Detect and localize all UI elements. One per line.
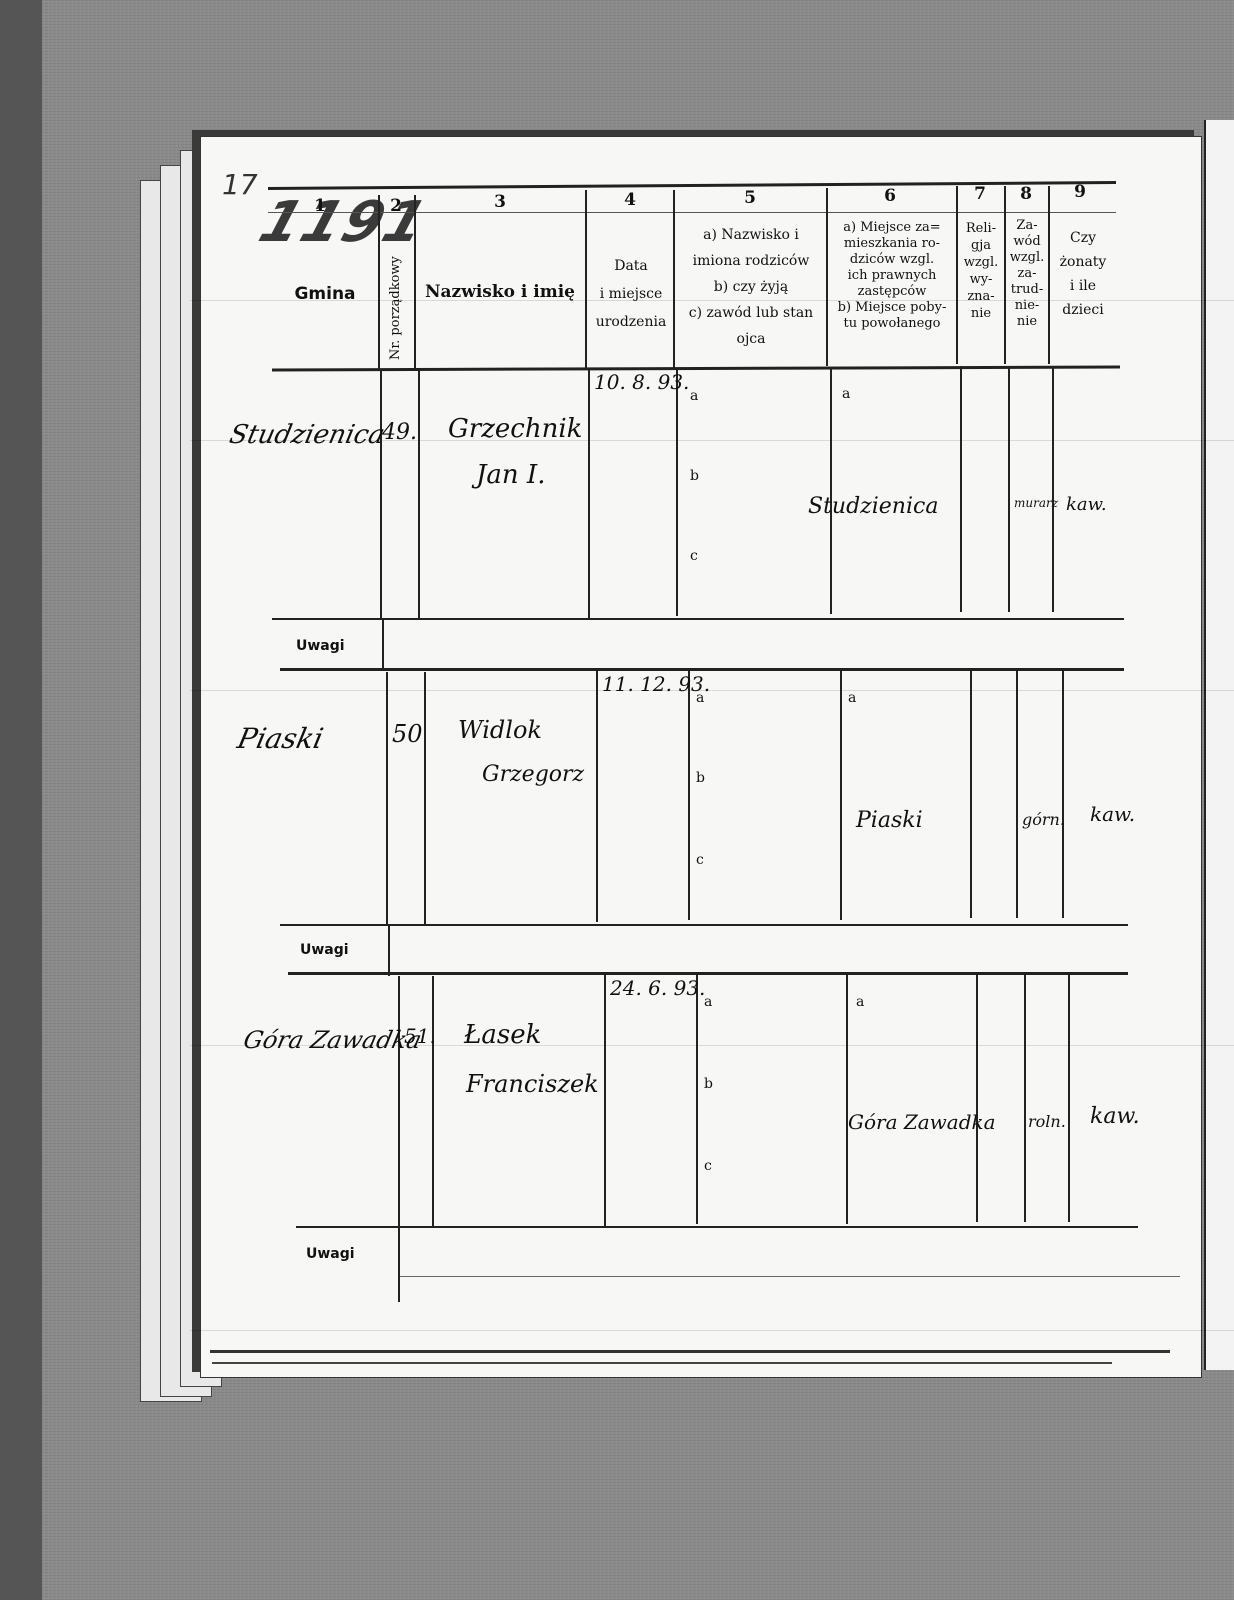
col-divider <box>585 190 587 368</box>
marital-value: kaw. <box>1090 1104 1140 1129</box>
header-line: b) Miejsce poby- <box>828 300 956 316</box>
remarks-field[interactable] <box>402 1234 1132 1272</box>
col-divider <box>676 368 678 616</box>
record-bottom-rule <box>296 1226 1138 1228</box>
col-num-9: 9 <box>1060 182 1100 202</box>
marital-value: kaw. <box>1066 494 1107 515</box>
col-num-6: 6 <box>870 186 910 206</box>
remarks-bottom-rule <box>400 1276 1180 1277</box>
page-stack-bottom-edge <box>210 1350 1170 1353</box>
col-divider <box>604 974 606 1226</box>
header-line: wód <box>1006 234 1048 250</box>
record-top-rule <box>280 668 1124 671</box>
page-number: 17 <box>222 168 258 201</box>
sub-label-c: c <box>690 548 698 564</box>
col-divider <box>432 976 434 1228</box>
first-name-value: Grzegorz <box>482 762 584 787</box>
header-rodzice: a) Nazwisko i imiona rodziców b) czy żyj… <box>678 222 824 352</box>
scan-dark-edge <box>0 0 42 1600</box>
col-divider <box>1016 668 1018 918</box>
nr-value: 50 <box>392 720 423 748</box>
sub-label-a: a <box>690 388 698 404</box>
col-num-8: 8 <box>1006 184 1046 204</box>
record-bottom-rule <box>272 618 1124 620</box>
remarks-label: Uwagi <box>306 1246 355 1262</box>
header-gmina: Gmina <box>280 286 370 303</box>
surname-value: Grzechnik <box>448 414 582 444</box>
header-line: wzgl. <box>1006 250 1048 266</box>
header-miejsce-zamieszkania: a) Miejsce za= mieszkania ro- dziców wzg… <box>828 220 956 332</box>
header-line: mieszkania ro- <box>828 236 956 252</box>
header-line: zna- <box>958 288 1004 305</box>
col-divider <box>960 366 962 612</box>
col-divider <box>386 672 388 924</box>
gmina-value: Góra Zawadka <box>241 1026 424 1054</box>
header-line: dziców wzgl. <box>828 252 956 268</box>
residence-value: Studzienica <box>808 494 938 519</box>
col-num-2: 2 <box>382 196 410 216</box>
header-zonaty: Czy żonaty i ile dzieci <box>1050 226 1116 322</box>
header-line: zastępców <box>828 284 956 300</box>
birth-date-value: 10. 8. 93. <box>594 370 689 394</box>
col-divider <box>976 972 978 1222</box>
col-divider <box>1062 668 1064 918</box>
col-divider <box>673 190 675 368</box>
col-divider <box>830 368 832 614</box>
col-divider <box>596 670 598 922</box>
header-line: ich prawnych <box>828 268 956 284</box>
sub-label-b: b <box>696 770 705 786</box>
header-line: tu powołanego <box>828 316 956 332</box>
remarks-field[interactable] <box>386 624 1116 662</box>
col-divider <box>970 668 972 918</box>
header-line: b) czy żyją <box>678 274 824 300</box>
header-line: gja <box>958 237 1004 254</box>
first-name-value: Franciszek <box>466 1070 599 1098</box>
page-stack-bottom-edge <box>212 1362 1112 1364</box>
header-line: a) Nazwisko i <box>678 222 824 248</box>
header-line: nie- <box>1006 298 1048 314</box>
col-divider <box>424 672 426 924</box>
col-divider <box>696 974 698 1224</box>
birth-date-value: 11. 12. 93. <box>602 672 710 696</box>
header-line: dzieci <box>1050 298 1116 322</box>
remarks-divider <box>382 620 384 670</box>
header-line: Za- <box>1006 218 1048 234</box>
header-line: urodzenia <box>590 308 672 336</box>
sub-label-b: b <box>690 468 699 484</box>
sub-label-b: b <box>704 1076 713 1092</box>
header-zawod: Za- wód wzgl. za- trud- nie- nie <box>1006 218 1048 330</box>
occupation-value: murarz <box>1014 496 1058 510</box>
remarks-label: Uwagi <box>300 942 349 958</box>
residence-value: Piaski <box>856 808 923 833</box>
col-divider <box>418 370 420 620</box>
surname-value: Widlok <box>458 716 542 744</box>
remarks-divider <box>388 926 390 976</box>
header-line: Reli- <box>958 220 1004 237</box>
col-divider <box>398 976 400 1228</box>
header-line: ojca <box>678 326 824 352</box>
first-name-value: Jan I. <box>476 460 545 490</box>
marital-value: kaw. <box>1090 802 1135 826</box>
header-line: imiona rodziców <box>678 248 824 274</box>
facing-page-edge <box>1204 120 1234 1370</box>
col-divider <box>688 670 690 920</box>
col-divider <box>840 670 842 920</box>
header-line: i ile <box>1050 274 1116 298</box>
sub-label-a: a <box>856 994 864 1010</box>
sub-label-a: a <box>696 690 704 706</box>
sub-label-a: a <box>704 994 712 1010</box>
header-line: wy- <box>958 271 1004 288</box>
remarks-field[interactable] <box>392 930 1122 968</box>
col-divider <box>1024 972 1026 1222</box>
sub-label-a: a <box>848 690 856 706</box>
sub-label-c: c <box>696 852 704 868</box>
col-num-5: 5 <box>730 188 770 208</box>
header-nr-porzadkowy: Nr. porządkowy <box>388 256 403 360</box>
gmina-value: Studzienica <box>227 420 388 450</box>
header-line: a) Miejsce za= <box>828 220 956 236</box>
residence-value: Góra Zawadka <box>848 1110 996 1134</box>
remarks-label: Uwagi <box>296 638 345 654</box>
occupation-value: górn. <box>1022 810 1065 829</box>
header-line: Data <box>590 252 672 280</box>
gmina-value: Piaski <box>234 722 326 755</box>
col-num-4: 4 <box>610 190 650 210</box>
record-bottom-rule <box>280 924 1128 926</box>
header-line: wzgl. <box>958 254 1004 271</box>
remarks-divider <box>398 1228 400 1302</box>
col-divider <box>846 974 848 1224</box>
col-divider <box>1008 366 1010 612</box>
record-top-rule <box>288 972 1128 975</box>
col-divider <box>588 368 590 618</box>
birth-date-value: 24. 6. 93. <box>610 976 705 1000</box>
col-num-7: 7 <box>960 184 1000 204</box>
header-line: nie <box>1006 314 1048 330</box>
col-num-3: 3 <box>480 192 520 212</box>
header-line: żonaty <box>1050 250 1116 274</box>
header-line: nie <box>958 305 1004 322</box>
col-num-1: 1 <box>300 196 340 216</box>
col-divider <box>1068 972 1070 1222</box>
col-divider <box>414 195 416 370</box>
occupation-value: roln. <box>1028 1112 1066 1131</box>
sub-label-a: a <box>842 386 850 402</box>
header-line: za- <box>1006 266 1048 282</box>
header-line: trud- <box>1006 282 1048 298</box>
col-divider <box>380 370 382 620</box>
header-nazwisko-imie: Nazwisko i imię <box>420 284 580 301</box>
header-line: c) zawód lub stan <box>678 300 824 326</box>
col-divider <box>1052 366 1054 612</box>
header-line: i miejsce <box>590 280 672 308</box>
nr-value: 51. <box>404 1024 436 1048</box>
header-line: Czy <box>1050 226 1116 250</box>
col-divider <box>378 195 380 370</box>
surname-value: Łasek <box>464 1020 541 1050</box>
nr-value: 49. <box>382 420 417 445</box>
header-data-urodzenia: Data i miejsce urodzenia <box>590 252 672 336</box>
header-religia: Reli- gja wzgl. wy- zna- nie <box>958 220 1004 322</box>
sub-label-c: c <box>704 1158 712 1174</box>
